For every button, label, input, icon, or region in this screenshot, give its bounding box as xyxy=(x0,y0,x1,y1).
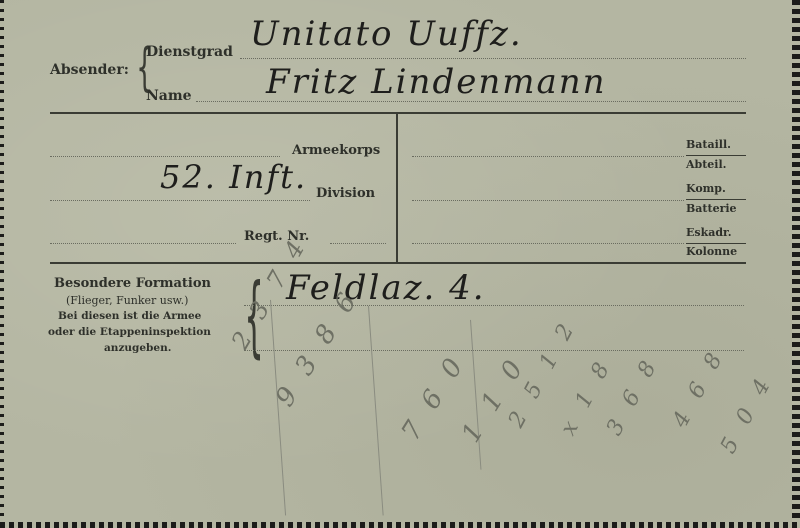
company-label: Komp. xyxy=(686,182,726,195)
special-formation-note-3: anzugeben. xyxy=(104,342,171,354)
rank-label: Dienstgrad xyxy=(146,44,233,60)
pencil-column-line-1 xyxy=(270,300,286,516)
divider-unit xyxy=(50,262,746,264)
name-label: Name xyxy=(146,88,192,104)
regiment-field-line-right xyxy=(330,243,386,244)
field-post-card: Absender: { Dienstgrad Unitato Uuffz. Na… xyxy=(4,0,794,522)
pencil-note-col5e: 5 0 4 xyxy=(716,370,778,458)
special-formation-title: Besondere Formation xyxy=(54,276,211,291)
sender-label: Absender: xyxy=(50,62,129,78)
perforation-right xyxy=(792,0,800,528)
squadron-divider xyxy=(686,243,746,244)
company-divider xyxy=(686,199,746,200)
battalion-field-line xyxy=(412,156,684,157)
special-formation-value[interactable]: Feldlaz. 4. xyxy=(286,268,486,308)
name-value[interactable]: Fritz Lindenmann xyxy=(266,62,607,102)
battery-label: Batterie xyxy=(686,202,737,215)
battalion-divider xyxy=(686,155,746,156)
rank-field-line xyxy=(240,58,746,59)
special-formation-note-1: Bei diesen ist die Armee xyxy=(58,310,201,322)
company-field-line xyxy=(412,200,684,201)
pencil-note-col5d: 4 6 8 xyxy=(668,344,730,432)
army-corps-label: Armeekorps xyxy=(292,143,380,158)
perforation-bottom xyxy=(0,522,800,528)
rank-value[interactable]: Unitato Uuffz. xyxy=(250,14,523,54)
perforation-left xyxy=(0,0,4,528)
squadron-label: Eskadr. xyxy=(686,226,732,239)
squadron-field-line xyxy=(412,243,684,244)
department-label: Abteil. xyxy=(686,158,727,171)
division-value[interactable]: 52. Inft. xyxy=(160,158,307,196)
army-corps-field-line xyxy=(50,156,280,157)
column-label: Kolonne xyxy=(686,245,737,258)
pencil-column-line-2 xyxy=(368,306,384,516)
special-formation-subtitle: (Flieger, Funker usw.) xyxy=(66,294,188,307)
divider-sender xyxy=(50,112,746,114)
division-field-line xyxy=(50,200,310,201)
division-label: Division xyxy=(316,186,375,201)
divider-vertical xyxy=(396,114,398,262)
special-formation-note-2: oder die Etappeninspektion xyxy=(48,326,211,338)
battalion-label: Bataill. xyxy=(686,138,731,151)
regiment-field-line-left xyxy=(50,243,236,244)
